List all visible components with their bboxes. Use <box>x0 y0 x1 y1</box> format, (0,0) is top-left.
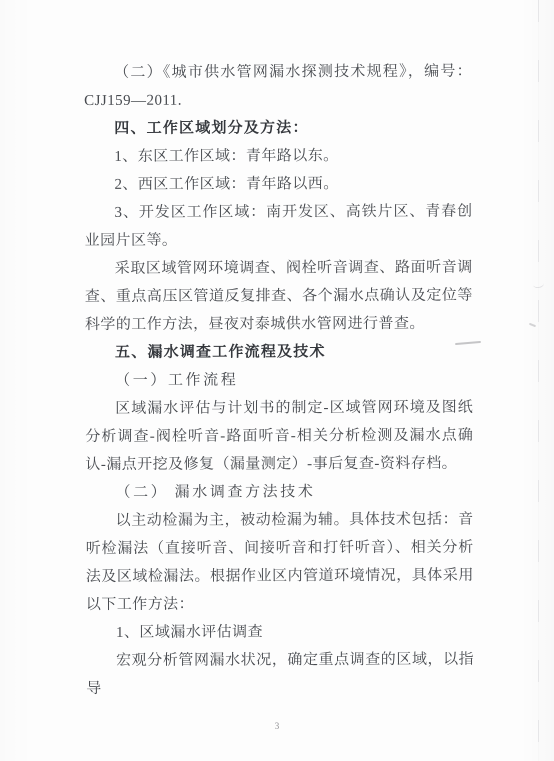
scan-artifact-dot <box>529 323 536 327</box>
paragraph-techniques: 以主动检漏为主，被动检漏为辅。具体技术包括：音听检漏法（直接听音、间接听音和打钎… <box>86 506 474 619</box>
paragraph-reference-code: （二）《城市供水管网漏水探测技术规程》，编号：CJJ159—2011. <box>84 58 472 115</box>
paragraph-east-zone: 1、东区工作区域：青年路以东。 <box>84 142 472 171</box>
page-number: 3 <box>267 721 287 731</box>
paragraph-west-zone: 2、西区工作区域：青年路以西。 <box>84 170 472 199</box>
subheading-workflow: （一）工作流程 <box>85 366 473 395</box>
paragraph-workflow-steps: 区域漏水评估与计划书的制定-区域管网环境及图纸分析调查-阀栓听音-路面听音-相关… <box>85 394 473 479</box>
paragraph-survey-methods: 采取区域管网环境调查、阀栓听音调查、路面听音调查、重点高压区管道反复排查、各个漏… <box>85 254 473 339</box>
paragraph-method-1-title: 1、区域漏水评估调查 <box>86 618 474 647</box>
document-page: （二）《城市供水管网漏水探测技术规程》，编号：CJJ159—2011. 四、工作… <box>0 0 554 761</box>
scan-artifact-edge-line <box>538 0 539 761</box>
document-body: （二）《城市供水管网漏水探测技术规程》，编号：CJJ159—2011. 四、工作… <box>84 58 474 703</box>
subheading-techniques: （二） 漏水调查方法技术 <box>85 478 473 507</box>
paragraph-method-1-body: 宏观分析管网漏水状况，确定重点调查的区域，以指导 <box>86 646 474 703</box>
section-heading-5: 五、漏水调查工作流程及技术 <box>85 338 473 367</box>
paragraph-dev-zone: 3、开发区工作区域：南开发区、高铁片区、青春创业园片区等。 <box>84 198 472 255</box>
scan-artifact-curve <box>532 279 544 289</box>
section-heading-4: 四、工作区域划分及方法： <box>84 114 472 143</box>
